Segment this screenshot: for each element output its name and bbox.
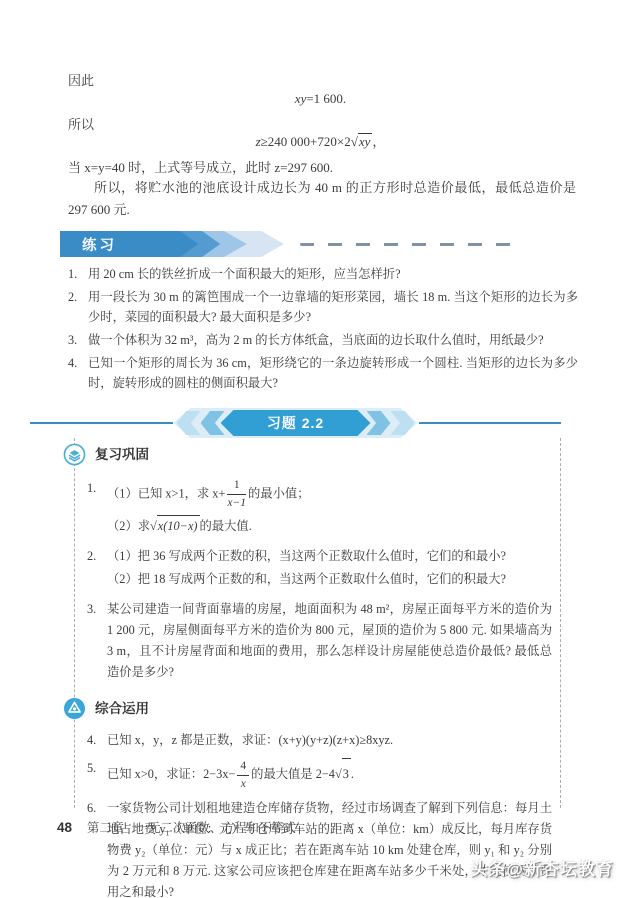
triangle-knot-icon — [63, 697, 86, 720]
practice-problem-1: 1. 用 20 cm 长的铁丝折成一个面积最大的矩形，应当怎样折? — [68, 264, 578, 284]
practice-problem-3: 3. 做一个体积为 32 m³，高为 2 m 的长方体纸盒，当底面的边长取什么值… — [68, 330, 578, 350]
review-heading: 复习巩固 — [63, 443, 552, 466]
banner-rule-right — [419, 422, 562, 424]
problem-number: 3. — [68, 330, 88, 350]
text-segment: （2）求 — [107, 519, 150, 533]
equation-xy: xy=1 600. — [68, 91, 573, 107]
watermark-text: 头条@新杏坛教育 — [470, 855, 614, 880]
review-problem-2: 2. （1）把 36 写成两个正数的积，当这两个正数取什么值时，它们的和最小? … — [87, 546, 552, 592]
text-segment: 的最小值； — [248, 486, 310, 500]
problem-number: 3. — [87, 599, 107, 683]
problem-body: 已知 x>0，求证：2−3x−4x的最大值是 2−4√3. — [107, 758, 552, 792]
problem-number: 1. — [68, 264, 88, 284]
problem-part-2: （2）求√x(10−x)的最大值. — [107, 515, 552, 537]
equation-z-tail: ， — [372, 134, 385, 149]
fraction-numerator: 4 — [237, 759, 249, 776]
radicand: 3 — [342, 758, 351, 789]
problem-text: 用一段长为 30 m 的篱笆围成一个一边靠墙的矩形菜园，墙长 18 m. 当这个… — [88, 287, 578, 327]
fraction-denominator: x — [237, 776, 249, 792]
fraction: 4x — [237, 759, 249, 792]
problem-text: 已知 x，y，z 都是正数，求证：(x+y)(y+z)(z+x)≥8xyz. — [107, 730, 552, 751]
fraction: 1x−1 — [227, 478, 246, 511]
layers-icon — [63, 443, 86, 466]
therefore-text: 因此 — [68, 70, 94, 89]
conclusion-paragraph: 所以，将贮水池的池底设计成边长为 40 m 的正方形时总造价最低，最低总造价是 … — [68, 177, 576, 221]
equation-xy-rhs: =1 600. — [306, 91, 346, 106]
text-segment: 已知 x>0，求证：2−3x− — [107, 767, 235, 781]
radical: √xy — [351, 134, 373, 149]
comprehensive-problem-5: 5. 已知 x>0，求证：2−3x−4x的最大值是 2−4√3. — [87, 758, 552, 792]
problem-body: （1）已知 x>1，求 x+1x−1的最小值； （2）求√x(10−x)的最大值… — [107, 478, 552, 539]
exercise-banner-title: 习题 2.2 — [267, 413, 324, 433]
text-segment: （1）已知 x>1，求 x+ — [107, 486, 225, 500]
comprehensive-problem-6: 6. 一家货物公司计划租地建造仓库储存货物，经过市场调查了解到下列信息：每月土地… — [87, 798, 552, 898]
banner-rule-left — [30, 422, 173, 424]
problem-number: 2. — [87, 546, 107, 592]
problem-text: 做一个体积为 32 m³，高为 2 m 的长方体纸盒，当底面的边长取什么值时，用… — [88, 330, 578, 350]
problem-part-1: （1）已知 x>1，求 x+1x−1的最小值； — [107, 478, 552, 511]
page-number: 48 — [57, 820, 72, 835]
problem-body: （1）把 36 写成两个正数的积，当这两个正数取什么值时，它们的和最小? （2）… — [107, 546, 552, 592]
exercise-section: 复习巩固 1. （1）已知 x>1，求 x+1x−1的最小值； （2）求√x(1… — [74, 438, 561, 808]
problem-part-2: （2）把 18 写成两个正数的和，当这两个正数取什么值时，它们的积最大? — [107, 569, 552, 590]
text-segment: 的最大值是 2−4 — [251, 767, 335, 781]
fraction-denominator: x−1 — [227, 495, 246, 511]
text-segment: . — [351, 767, 354, 781]
comprehensive-problem-4: 4. 已知 x，y，z 都是正数，求证：(x+y)(y+z)(z+x)≥8xyz… — [87, 730, 552, 751]
textbook-page: 因此 xy=1 600. 所以 z≥240 000+720×2√xy， 当 x=… — [0, 0, 640, 898]
comprehensive-heading-label: 综合运用 — [95, 698, 149, 719]
exercise-banner: 习题 2.2 — [30, 408, 561, 438]
radical: √3 — [335, 767, 351, 781]
equation-xy-lhs: xy — [295, 91, 307, 106]
chapter-footer: 第二章 一元二次函数、方程和不等式 — [87, 818, 296, 836]
radical-symbol: √ — [351, 134, 358, 150]
problem-number: 2. — [68, 287, 88, 327]
problem-number: 1. — [87, 478, 107, 539]
problem-part-1: （1）把 36 写成两个正数的积，当这两个正数取什么值时，它们的和最小? — [107, 546, 552, 567]
radicand: xy — [358, 133, 373, 150]
chapter-label: 第二章 — [87, 818, 124, 836]
problem-text: 已知一个矩形的周长为 36 cm，矩形绕它的一条边旋转形成一个圆柱. 当矩形的边… — [88, 353, 578, 393]
problem-number: 5. — [87, 758, 107, 792]
text-segment: 的最大值. — [200, 519, 252, 533]
chapter-title: 一元二次函数、方程和不等式 — [136, 818, 296, 836]
radicand: x(10−x) — [157, 515, 200, 537]
problem-number: 4. — [87, 730, 107, 751]
page-footer: 48 第二章 一元二次函数、方程和不等式 — [57, 818, 296, 836]
radical-symbol: √ — [335, 759, 342, 789]
practice-banner: 练习 — [60, 231, 522, 257]
equation-z-mid: ≥240 000+720×2 — [261, 134, 351, 149]
exercise-banner-hexagon: 习题 2.2 — [221, 410, 371, 436]
problem-text: 某公司建造一间背面靠墙的房屋，地面面积为 48 m²，房屋正面每平方米的造价为 … — [107, 599, 552, 683]
problem-number: 4. — [68, 353, 88, 393]
problem-text: 用 20 cm 长的铁丝折成一个面积最大的矩形，应当怎样折? — [88, 264, 578, 284]
practice-problem-list: 1. 用 20 cm 长的铁丝折成一个面积最大的矩形，应当怎样折? 2. 用一段… — [68, 264, 578, 396]
equality-condition-text: 当 x=y=40 时，上式等号成立，此时 z=297 600. — [68, 157, 333, 176]
radical: √x(10−x) — [150, 519, 199, 533]
problem-text: 一家货物公司计划租地建造仓库储存货物，经过市场调查了解到下列信息：每月土地占地费… — [107, 798, 552, 898]
review-problem-1: 1. （1）已知 x>1，求 x+1x−1的最小值； （2）求√x(10−x)的… — [87, 478, 552, 539]
radical-symbol: √ — [150, 516, 157, 537]
practice-banner-label: 练习 — [82, 234, 117, 255]
fraction-numerator: 1 — [227, 478, 246, 495]
practice-problem-4: 4. 已知一个矩形的周长为 36 cm，矩形绕它的一条边旋转形成一个圆柱. 当矩… — [68, 353, 578, 393]
dashed-rule — [300, 243, 522, 246]
comprehensive-heading: 综合运用 — [63, 697, 552, 720]
problem-number: 6. — [87, 798, 107, 898]
practice-problem-2: 2. 用一段长为 30 m 的篱笆围成一个一边靠墙的矩形菜园，墙长 18 m. … — [68, 287, 578, 327]
review-heading-label: 复习巩固 — [95, 444, 149, 465]
review-problem-3: 3. 某公司建造一间背面靠墙的房屋，地面面积为 48 m²，房屋正面每平方米的造… — [87, 599, 552, 683]
exercise-banner-center: 习题 2.2 — [173, 408, 419, 438]
equation-z: z≥240 000+720×2√xy， — [68, 131, 573, 150]
